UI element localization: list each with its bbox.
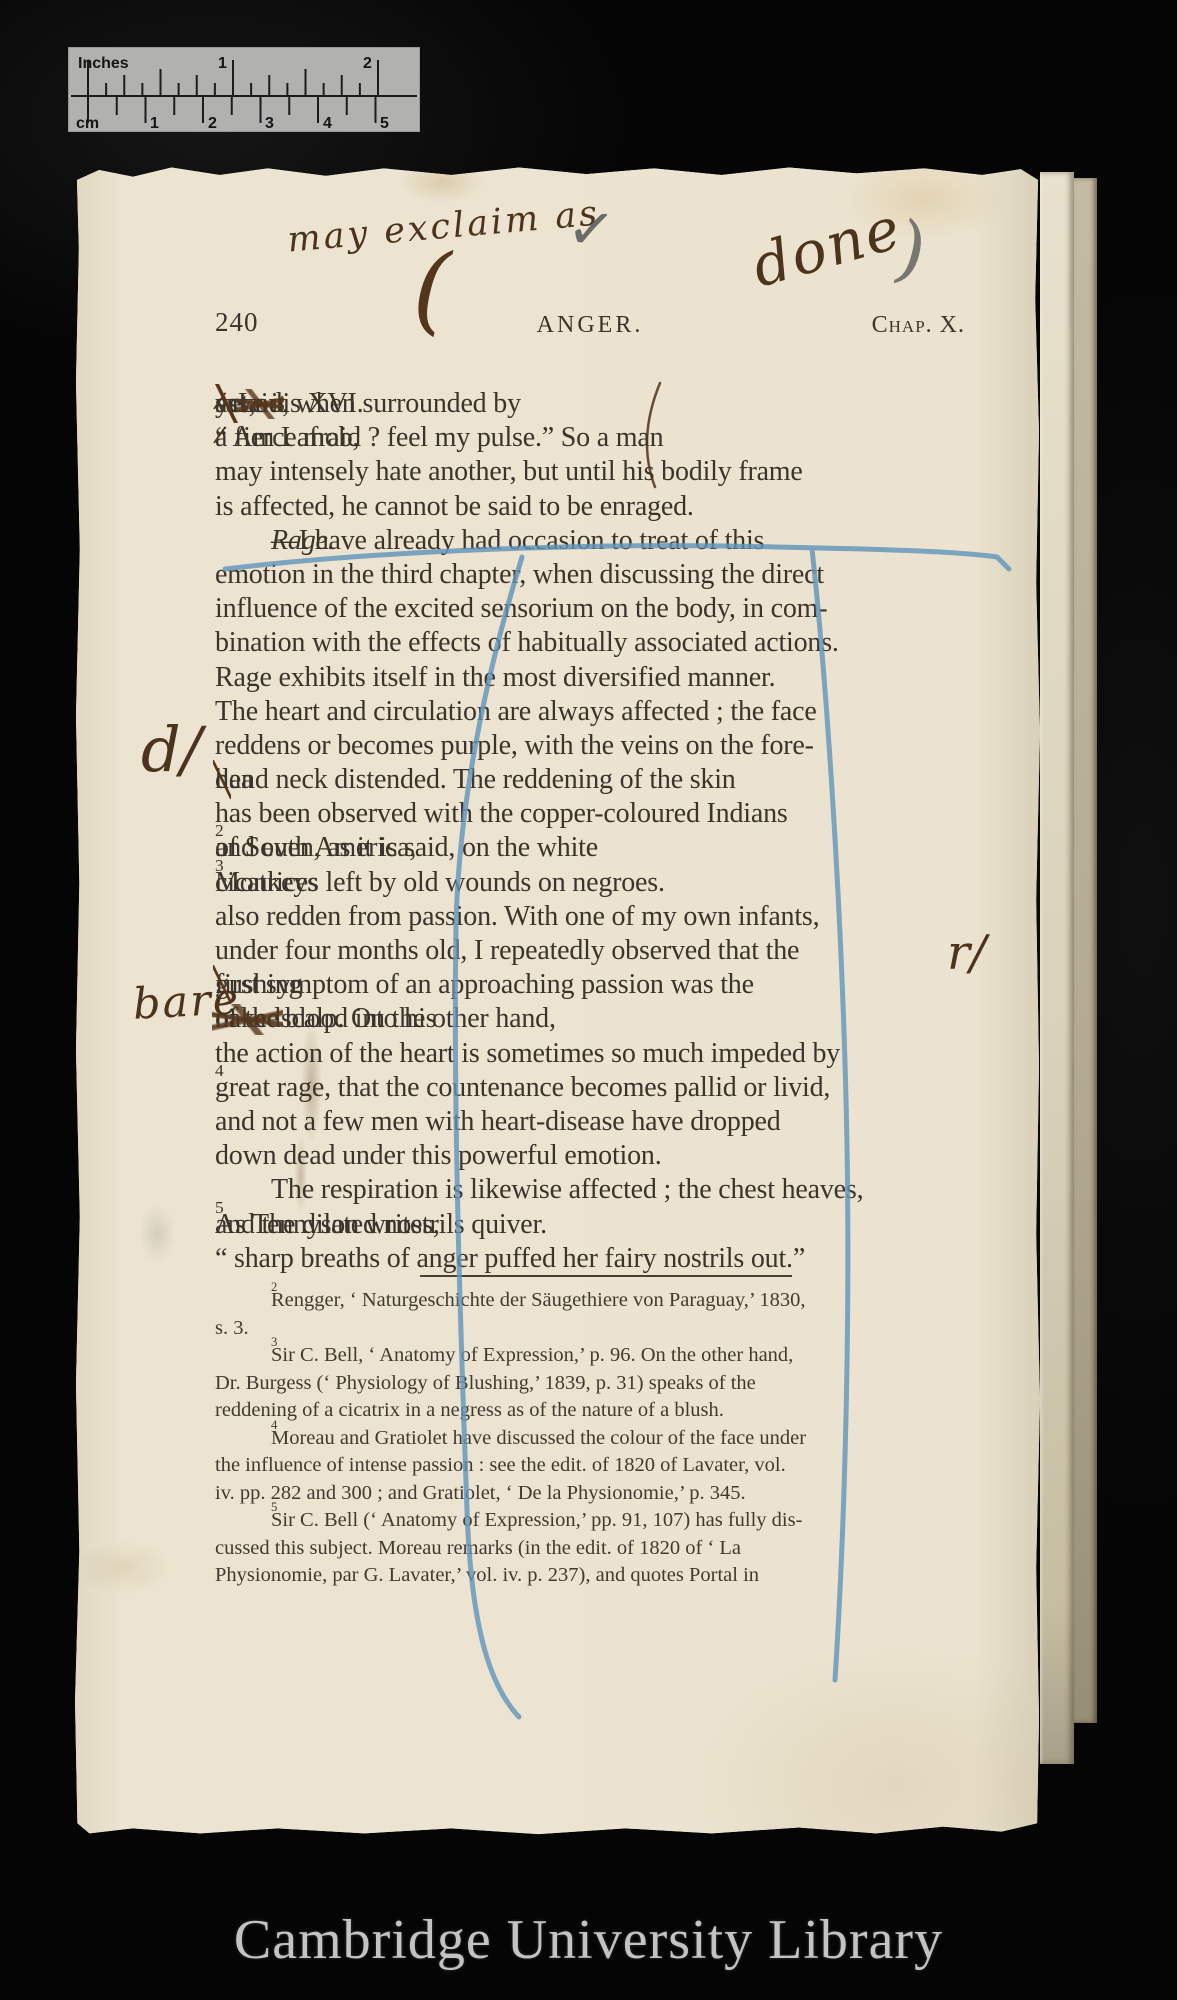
- book-page: may exclaim as ✓ done ( ) d/ bare r/ 240…: [75, 165, 1040, 1835]
- ruler-inch-number: 1: [218, 55, 227, 72]
- measurement-ruler: Inches 1 2 cm 1 2 3 4 5: [68, 47, 420, 132]
- editor-pencil-marks: [75, 165, 1040, 1835]
- photograph-stage: Inches 1 2 cm 1 2 3 4 5 may exclaim as ✓…: [0, 0, 1177, 2000]
- ink-caret-marks: [647, 383, 660, 487]
- blue-pencil-lines: [225, 546, 1009, 1717]
- ruler-inch-number: 2: [363, 55, 372, 72]
- blue-line-horizontal: [225, 546, 1009, 569]
- ruler-cm-number: 3: [265, 115, 274, 132]
- blue-line-left-vertical: [455, 557, 522, 1717]
- ruler-inches-label: Inches: [78, 55, 129, 72]
- book-fore-edge: [1040, 172, 1074, 1764]
- ruler-cm-number: 2: [208, 115, 217, 132]
- ruler-cm-number: 5: [380, 115, 389, 132]
- ruler-cm-number: 4: [323, 115, 332, 132]
- ink-caret-line1: [647, 383, 660, 487]
- caption-library: Cambridge University Library: [0, 1908, 1177, 1972]
- ruler-cm-number: 1: [150, 115, 159, 132]
- book-fore-edge-shadow: [1074, 178, 1097, 1723]
- blue-line-right-vertical: [812, 549, 848, 1680]
- ruler-cm-label: cm: [76, 115, 99, 132]
